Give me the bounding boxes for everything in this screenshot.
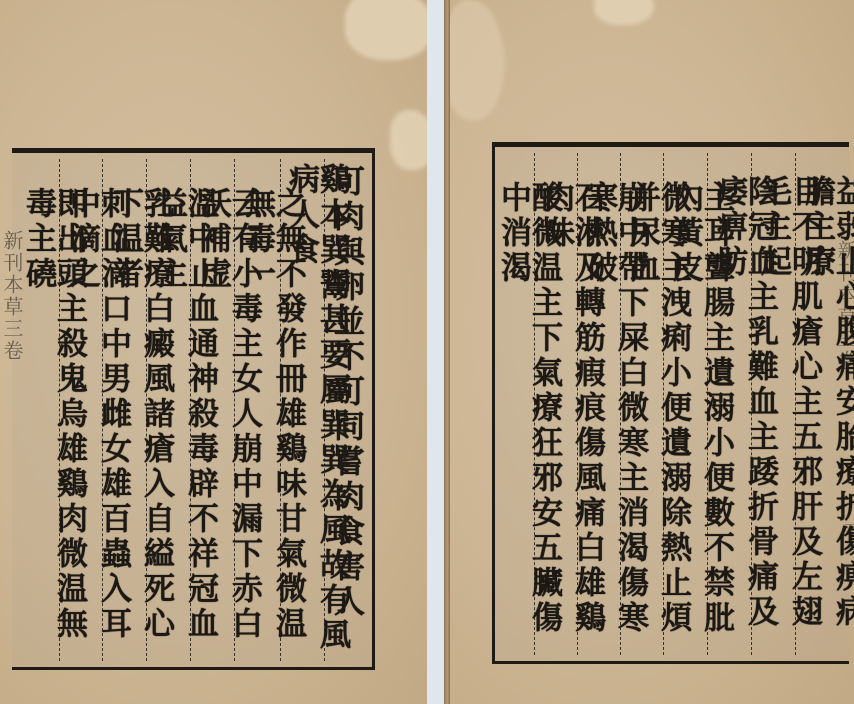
text-column-8: 酸微温主下氣療狂邪安五臟傷中消渴 bbox=[497, 181, 559, 661]
paper-stain bbox=[594, 0, 654, 25]
binding-fold bbox=[444, 0, 450, 704]
text-frame: 益弱止心腹痛安胎療折傷痹病膽主療 目不明肌瘡心主五邪肝及左翅毛主起 陰冠血主乳難… bbox=[492, 142, 849, 664]
paper-stain bbox=[444, 0, 504, 120]
paper-stain bbox=[345, 0, 427, 60]
text-column-8: 即出頭主殺鬼烏雄鷄肉微温無毒主磽 bbox=[22, 187, 84, 667]
text-frame: 可肉與卵並不可同嘗肉食害人 鷄本巽鬻甚要屬巽巽為風故有風病人食 之無不發作冊雄鷄… bbox=[12, 148, 375, 670]
left-page: 新刊本草三卷 可肉與卵並不可同嘗肉食害人 鷄本巽鬻甚要屬巽巽為風故有風病人食 之… bbox=[0, 0, 427, 704]
page-gutter bbox=[427, 0, 444, 704]
paper-stain bbox=[390, 110, 427, 170]
right-page: 新刊本草三卷 二 益弱止心腹痛安胎療折傷痹病膽主療 目不明肌瘡心主五邪肝及左翅毛… bbox=[444, 0, 854, 704]
